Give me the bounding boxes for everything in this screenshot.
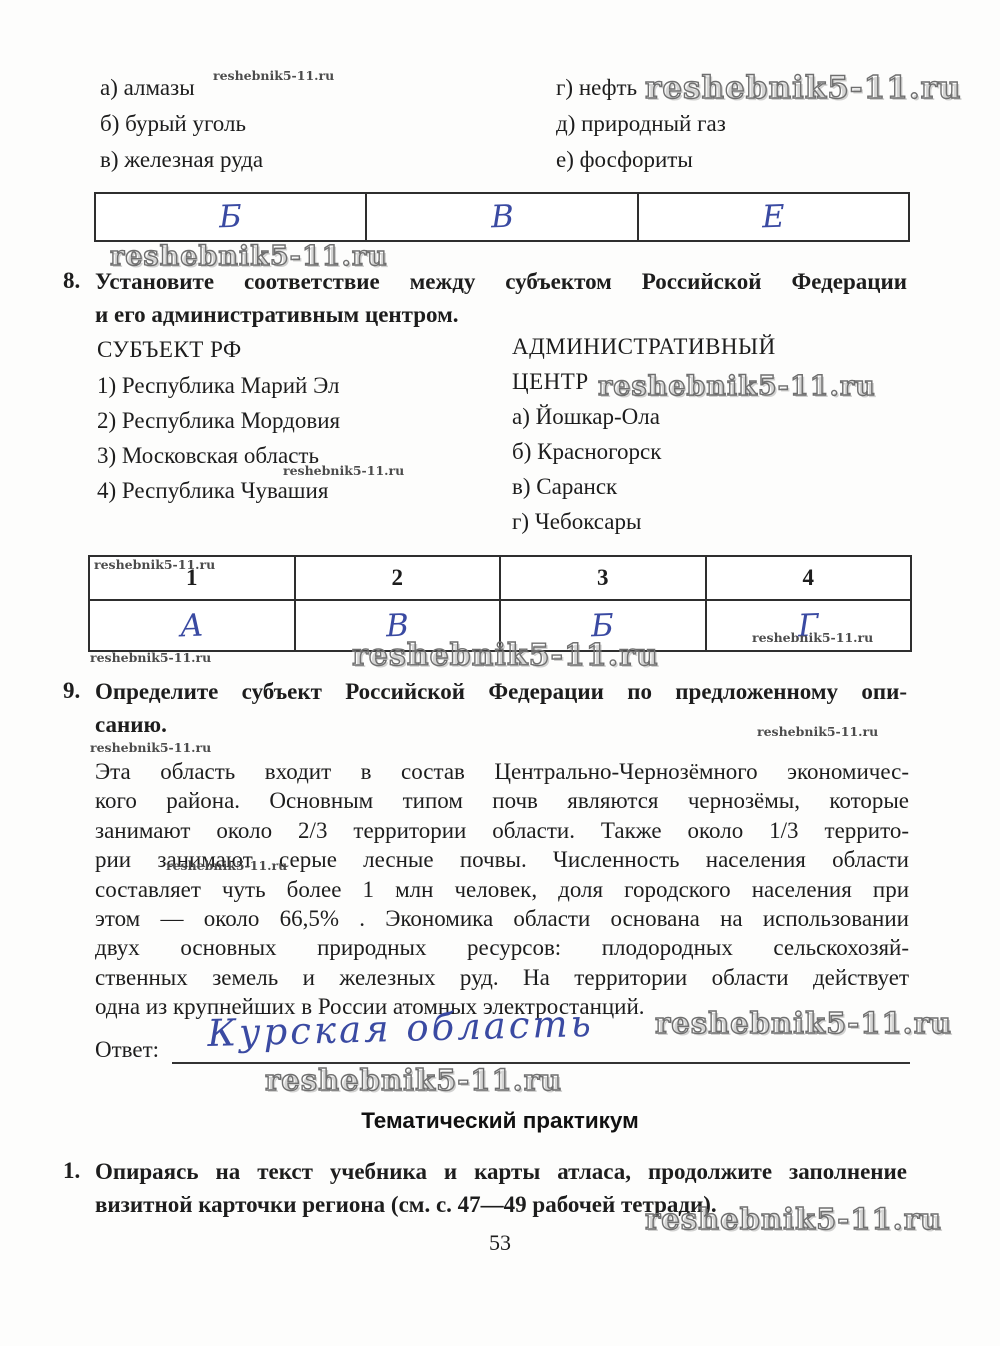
answer-cell[interactable]: Г [705,601,911,650]
description-line: составляет чуть более 1 млн человек, дол… [95,875,909,904]
answer-table-2: 1 2 3 4 А В Б Г [88,555,912,652]
handwritten-answer: В [385,607,409,644]
watermark-small: reshebnik5-11.ru [90,740,211,755]
watermark-big: reshebnik5-11.ru [265,1063,562,1097]
handwritten-answer: Г [797,607,819,644]
handwritten-answer: Б [219,199,243,236]
table2-answer-row: А В Б Г [90,599,910,650]
handwritten-answer: А [179,607,204,644]
option-g: г) нефть [556,74,637,103]
subject-item-1: 1) Республика Марий Эл [97,372,339,401]
option-e: е) фосфориты [556,146,693,175]
table2-header-cell: 4 [705,557,911,599]
task8-text-line2: и его административным центром. [95,301,459,330]
watermark-big: reshebnik5-11.ru [645,70,961,106]
center-column-header-line1: АДМИНИСТРАТИВНЫЙ [512,334,776,360]
table2-header-row: 1 2 3 4 [90,557,910,599]
center-item-v: в) Саранск [512,473,617,502]
answer-cell[interactable]: А [90,601,294,650]
subject-column-header: СУБЪЕКТ РФ [97,337,242,363]
workbook-page: а) алмазы б) бурый уголь в) железная руд… [0,0,1000,1346]
practicum-task-number: 1. [63,1158,80,1184]
watermark-small: reshebnik5-11.ru [213,68,334,83]
center-item-g: г) Чебоксары [512,508,641,537]
table2-header-cell: 2 [294,557,500,599]
center-item-a: а) Йошкар-Ола [512,403,660,432]
description-line: кого района. Основным типом почв являютс… [95,786,909,815]
task9-text-line2: санию. [95,711,167,740]
column-number: 3 [597,565,609,591]
table2-header-cell: 1 [90,557,294,599]
handwritten-answer: В [490,199,514,236]
subject-item-3: 3) Московская область [97,442,319,471]
option-d: д) природный газ [556,110,726,139]
option-v: в) железная руда [100,146,263,175]
task8-number: 8. [63,268,80,294]
task9-text-line1: Определите субъект Российской Федерации … [95,678,907,707]
answer-cell[interactable]: Б [96,194,365,240]
table2-header-cell: 3 [499,557,705,599]
description-line: двух основных природных ресурсов: плодор… [95,933,909,962]
subject-item-4: 4) Республика Чувашия [97,477,328,506]
watermark-small: reshebnik5-11.ru [757,724,878,739]
answer-table-1: Б В Е [94,192,910,242]
task9-number: 9. [63,678,80,704]
page-number: 53 [0,1230,1000,1256]
answer-cell[interactable]: В [365,194,636,240]
handwritten-answer: Б [591,607,615,644]
option-a: а) алмазы [100,74,195,103]
section-heading: Тематический практикум [0,1108,1000,1134]
description-line: рии занимают серые лесные почвы. Численн… [95,845,909,874]
center-column-header-line2: ЦЕНТР [512,369,589,395]
watermark-small: reshebnik5-11.ru [90,650,211,665]
description-line: ственных земель и железных руд. На терри… [95,963,909,992]
watermark-big: reshebnik5-11.ru [598,371,876,402]
handwritten-answer: Е [761,199,785,236]
practicum-task-line1: Опираясь на текст учебника и карты атлас… [95,1158,907,1187]
description-line: этом — около 66,5% . Экономика области о… [95,904,909,933]
task9-description: Эта область входит в состав Центрально-Ч… [95,757,909,1022]
option-b: б) бурый уголь [100,110,246,139]
description-line: занимают около 2/3 территории области. Т… [95,816,909,845]
description-line: Эта область входит в состав Центрально-Ч… [95,757,909,786]
task8-text-line1: Установите соответствие между субъектом … [95,268,907,297]
column-number: 2 [392,565,404,591]
subject-item-2: 2) Республика Мордовия [97,407,340,436]
practicum-task-line2: визитной карточки региона (см. с. 47—49 … [95,1191,717,1220]
answer-cell[interactable]: В [294,601,500,650]
answer-cell[interactable]: Е [637,194,908,240]
answer-label: Ответ: [95,1036,159,1065]
answer-cell[interactable]: Б [499,601,705,650]
column-number: 1 [186,565,198,591]
column-number: 4 [803,565,815,591]
center-item-b: б) Красногорск [512,438,661,467]
